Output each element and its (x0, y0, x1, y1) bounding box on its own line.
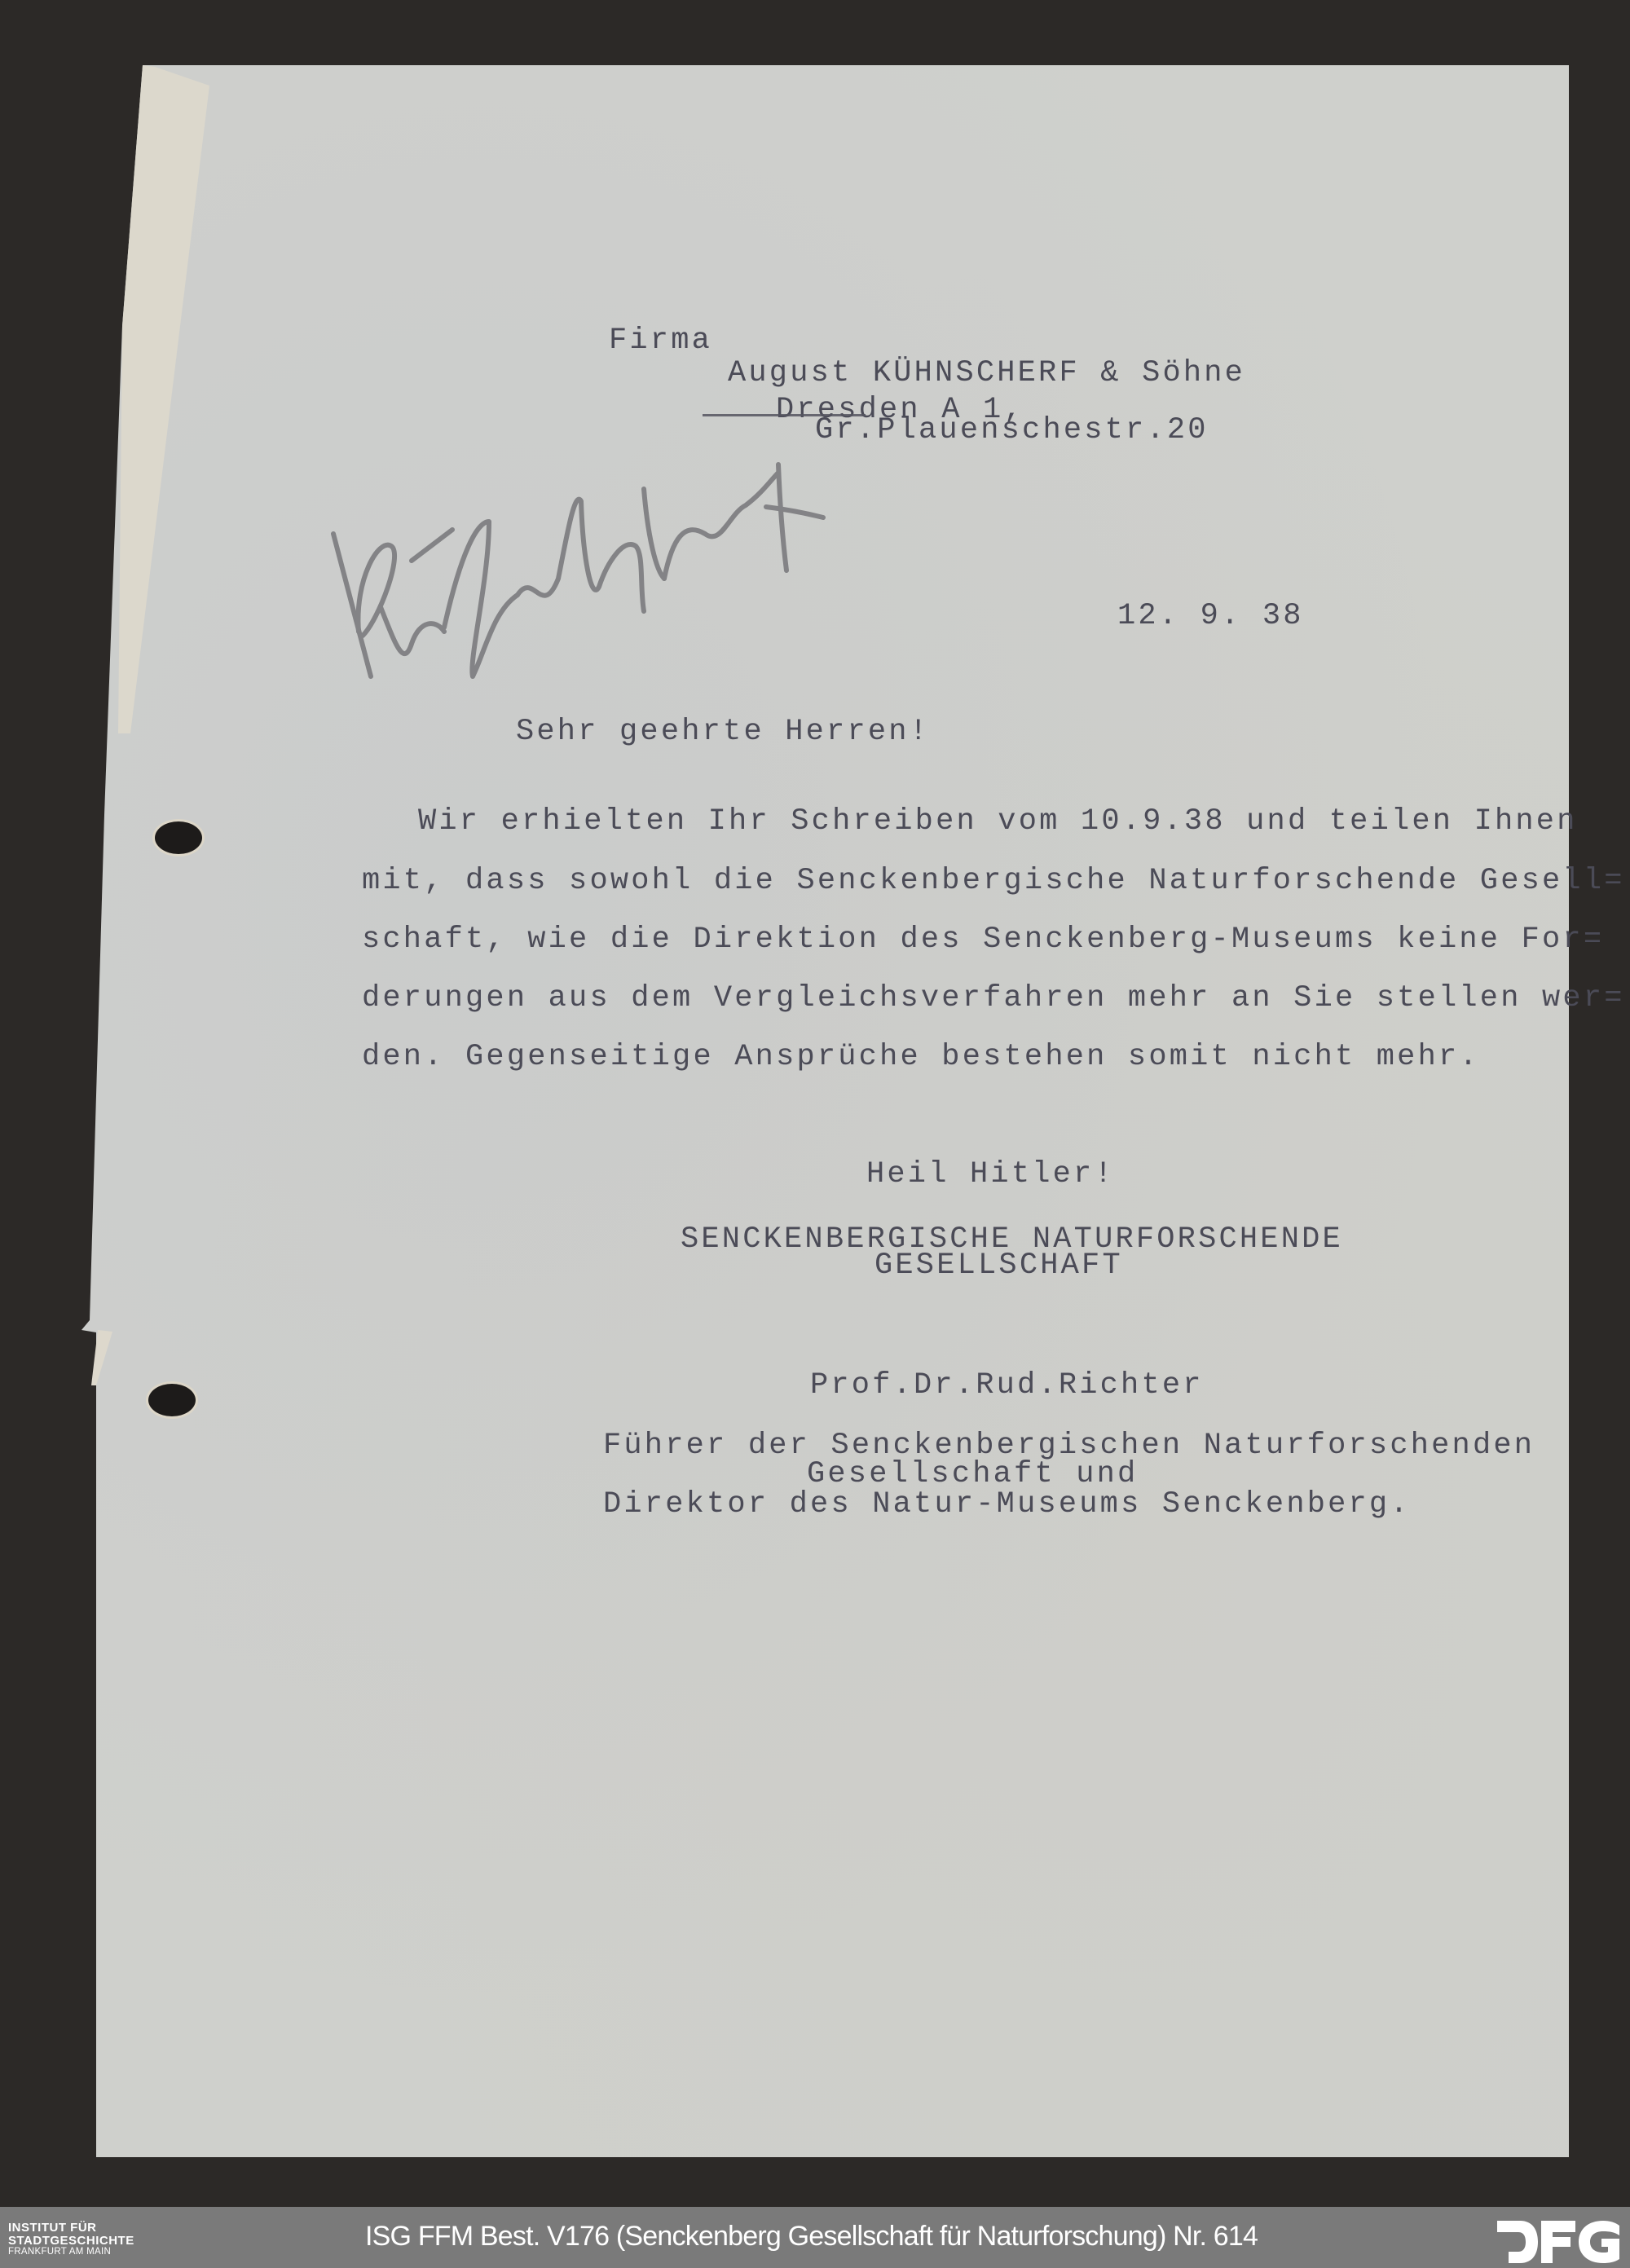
punch-hole-bottom (148, 1384, 196, 1416)
recipient-street: Gr.Plauenschestr.20 (815, 416, 1209, 446)
letter-date: 12. 9. 38 (1117, 601, 1304, 632)
body-line-4: derungen aus dem Vergleichsverfahren meh… (362, 984, 1625, 1014)
body-line-3: schaft, wie die Direktion des Senckenber… (362, 925, 1604, 955)
body-line-1: Wir erhielten Ihr Schreiben vom 10.9.38 … (418, 807, 1578, 837)
archive-reference-caption: ISG FFM Best. V176 (Senckenberg Gesellsc… (365, 2221, 1258, 2253)
recipient-company: August KÜHNSCHERF & Söhne (728, 359, 1245, 389)
signatory-title-line-3: Direktor des Natur-Museums Senckenberg. (603, 1490, 1411, 1520)
archive-footer-bar: INSTITUT FÜR STADTGESCHICHTE FRANKFURT A… (0, 2207, 1630, 2268)
institution-line-2: STADTGESCHICHTE (8, 2235, 134, 2247)
dfg-logo-icon: DFG (1497, 2221, 1619, 2263)
salutation: Sehr geehrte Herren! (516, 717, 930, 747)
body-line-5: den. Gegenseitige Ansprüche bestehen som… (362, 1042, 1480, 1072)
signatory-title-line-2: Gesellschaft und (807, 1460, 1138, 1490)
institution-logo: INSTITUT FÜR STADTGESCHICHTE FRANKFURT A… (8, 2222, 134, 2258)
punch-hole-top (155, 821, 202, 854)
organization-line-2: GESELLSCHAFT (874, 1251, 1123, 1281)
institution-line-3: FRANKFURT AM MAIN (8, 2248, 134, 2257)
recipient-label: Firma (609, 326, 712, 356)
letter-paper (0, 0, 1630, 2207)
body-line-2: mit, dass sowohl die Senckenbergische Na… (362, 866, 1625, 896)
pencil-annotation-signature: Kühnscherf (322, 456, 876, 693)
institution-line-1: INSTITUT FÜR (8, 2222, 134, 2234)
closing-greeting: Heil Hitler! (866, 1160, 1115, 1190)
signatory-name: Prof.Dr.Rud.Richter (810, 1371, 1204, 1401)
